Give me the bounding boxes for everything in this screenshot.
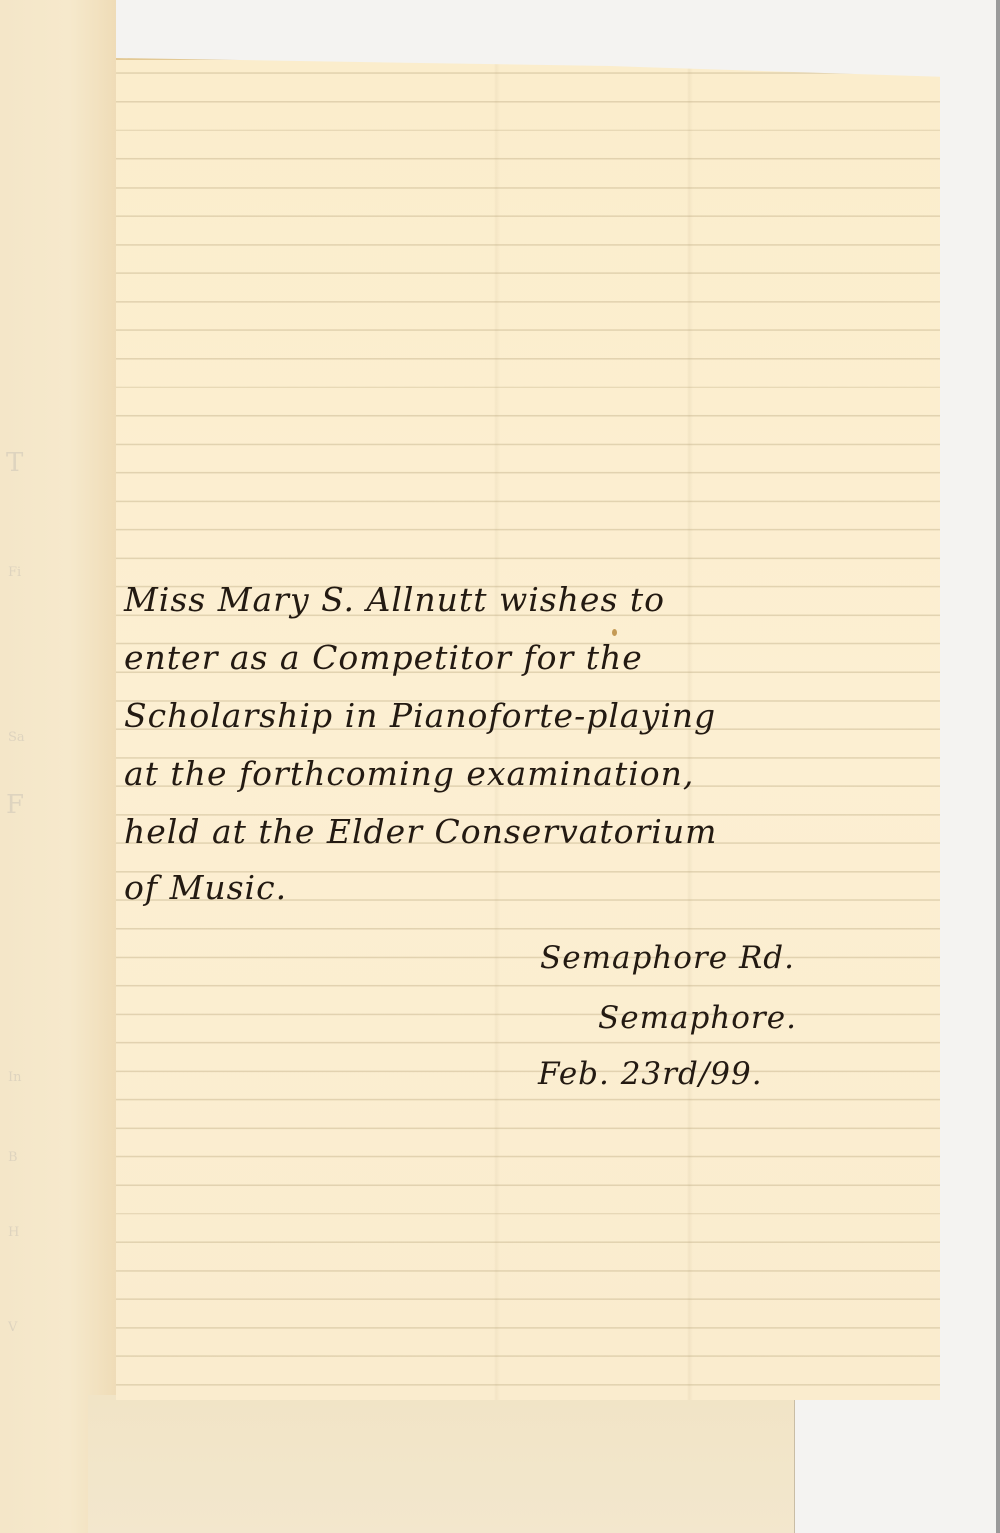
address-line-1: Semaphore Rd. bbox=[540, 940, 795, 976]
letter-line-1: Miss Mary S. Allnutt wishes to bbox=[124, 580, 665, 619]
letter-line-5: held at the Elder Conservatorium bbox=[124, 812, 717, 851]
letter-line-6: of Music. bbox=[124, 868, 287, 907]
address-line-2: Semaphore. bbox=[598, 1000, 797, 1036]
ghost-mark: Sa bbox=[8, 730, 25, 745]
letter-line-2: enter as a Competitor for the bbox=[124, 638, 643, 677]
letter-line-3: Scholarship in Pianoforte-playing bbox=[124, 696, 716, 735]
ghost-mark: Fi bbox=[8, 565, 21, 580]
ghost-mark: V bbox=[8, 1320, 17, 1335]
ghost-mark: T bbox=[6, 448, 23, 478]
ghost-mark: H bbox=[8, 1225, 19, 1240]
underlying-bottom-sheet bbox=[88, 1395, 795, 1533]
letter-date: Feb. 23rd/99. bbox=[538, 1056, 763, 1092]
underlying-left-page: T Fi Sa F In B H V bbox=[0, 0, 116, 1533]
ghost-mark: In bbox=[8, 1070, 22, 1085]
letter-page: Miss Mary S. Allnutt wishes to enter as … bbox=[116, 58, 940, 1400]
ghost-mark: F bbox=[6, 790, 24, 820]
ghost-mark: B bbox=[8, 1150, 18, 1165]
letter-line-4: at the forthcoming examination, bbox=[124, 754, 694, 793]
scanner-edge bbox=[996, 0, 1000, 1533]
ink-spot bbox=[612, 629, 617, 636]
